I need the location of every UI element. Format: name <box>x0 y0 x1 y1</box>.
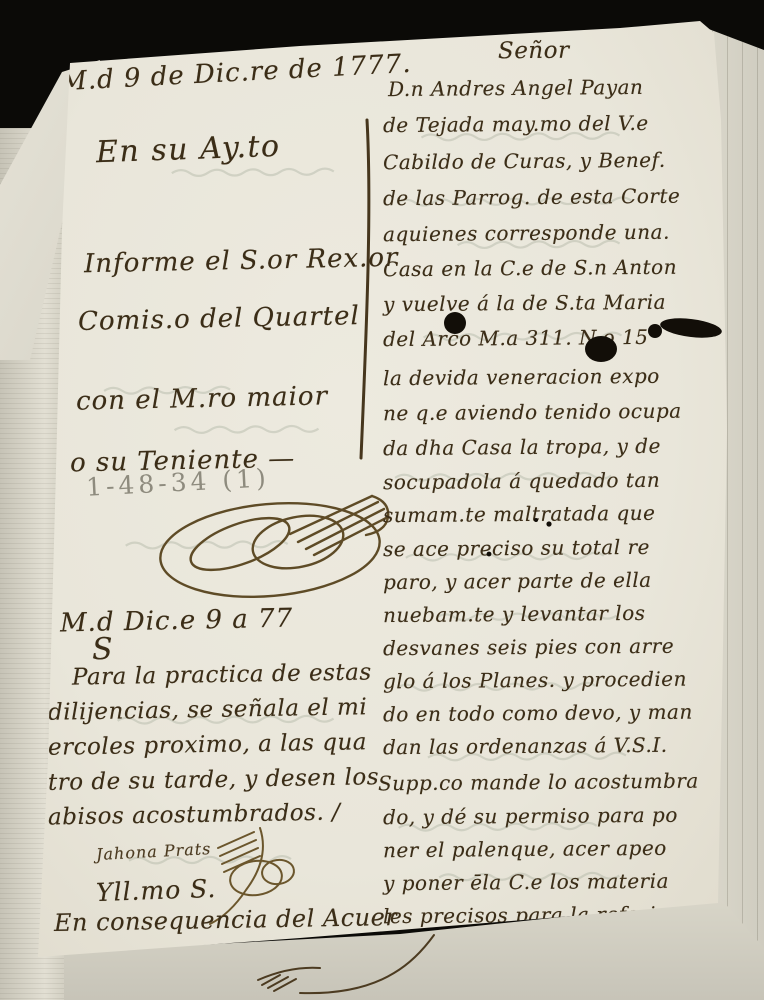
body-line: D.n Andres Angel Payan <box>388 75 644 101</box>
honorific-signature: Yll.mo S. <box>96 874 217 907</box>
manuscript-photograph: { "page": { "description_label": "Manusc… <box>0 0 764 1000</box>
manuscript-page: M.d 9 de Dic.re de 1777. En su Ay.to Inf… <box>0 0 764 1000</box>
rubric-flourish <box>140 482 410 607</box>
body-line: ner el palenque, acer apeo <box>383 836 667 862</box>
body-line: dan las ordenanzas á V.S.I. <box>383 733 668 759</box>
body-line: la devida veneracion expo <box>383 364 660 390</box>
body-line: se ace preciso su total re <box>383 535 650 561</box>
order-line: abisos acostumbrados. / <box>48 799 341 830</box>
clerk-signature: Jahona Prats <box>96 839 212 864</box>
body-line: y poner ēla C.e los materia <box>383 869 669 895</box>
salutation: Señor <box>498 38 570 65</box>
body-line: ne q.e aviendo tenido ocupa <box>383 399 682 426</box>
decree-line: Informe el S.or Rex.or <box>84 243 399 280</box>
session-note: En su Ay.to <box>95 129 281 170</box>
body-line: nuebam.te y levantar los <box>383 601 646 627</box>
body-line: de las Parrog. de esta Corte <box>383 184 680 211</box>
date-heading: M.d 9 de Dic.re de 1777. <box>59 49 412 97</box>
decree-line: Comis.o del Quartel <box>78 301 360 337</box>
order-line: ercoles proximo, a las qua <box>48 729 367 761</box>
body-line: del Arco M.a 311. N.o 15 <box>383 325 649 351</box>
body-line: paro, y acer parte de ella <box>383 568 652 594</box>
flourish-initial: S <box>92 632 114 667</box>
body-line: da dha Casa la tropa, y de <box>383 434 661 460</box>
body-line: desvanes seis pies con arre <box>383 634 674 661</box>
body-line: de Tejada may.mo del V.e <box>383 111 649 137</box>
order-line: Para la practica de estas <box>72 659 372 690</box>
body-line: do en todo como devo, y man <box>383 700 693 727</box>
body-line: aquienes corresponde una. <box>383 220 670 247</box>
body-line: Supp.co mande lo acostumbra <box>378 769 699 796</box>
order-line: tro de su tarde, y desen los <box>48 764 379 796</box>
body-line: do, y dé su permiso para po <box>383 803 678 830</box>
body-line: y vuelve á la de S.ta Maria <box>383 290 666 316</box>
decree-line: con el M.ro maior <box>76 381 329 416</box>
invocation-cross: ✝ <box>527 12 540 30</box>
body-line: socupadola á quedado tan <box>383 468 660 494</box>
body-line: glo á los Planes. y procedien <box>383 667 687 694</box>
order-line: dilijencias, se señala el mi <box>48 694 368 726</box>
body-line: sumam.te maltratada que <box>383 501 656 527</box>
body-line: Cabildo de Curas, y Benef. <box>383 148 666 174</box>
body-line: Casa en la C.e de S.n Anton <box>383 255 677 282</box>
